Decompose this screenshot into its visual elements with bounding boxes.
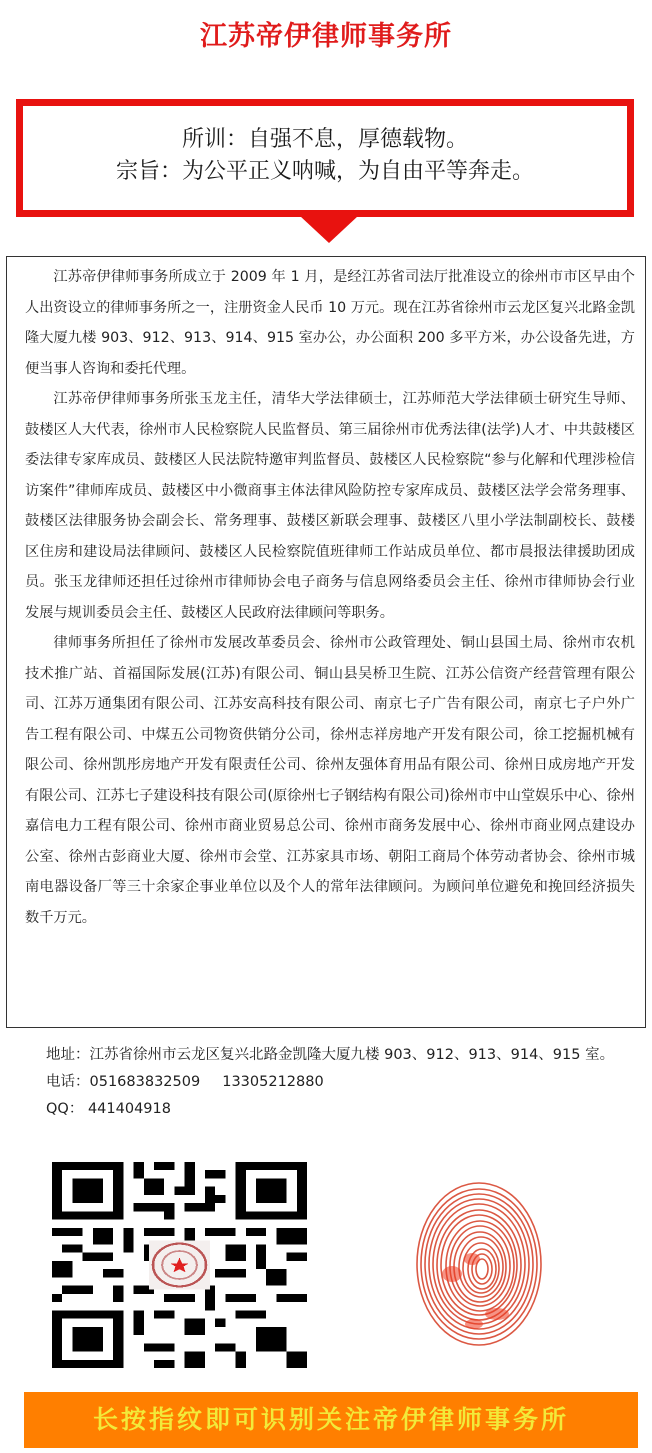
phone-mobile[interactable]: 13305212880 <box>222 1074 323 1090</box>
qq-label: QQ： <box>46 1101 83 1117</box>
motto-line-purpose: 宗旨：为公平正义呐喊，为自由平等奔走。 <box>23 156 627 188</box>
intro-paragraph-founding: 江苏帝伊律师事务所成立于 2009 年 1 月，是经江苏省司法厅批准设立的徐州市… <box>25 262 635 384</box>
contact-info: 地址：江苏省徐州市云龙区复兴北路金凯隆大厦九楼 903、912、913、914、… <box>46 1042 614 1123</box>
address-label: 地址： <box>46 1047 90 1063</box>
page-title: 江苏帝伊律师事务所 <box>0 14 652 53</box>
motto-line-principle: 所训：自强不息，厚德载物。 <box>23 124 627 156</box>
intro-paragraph-clients: 律师事务所担任了徐州市发展改革委员会、徐州市公政管理处、铜山县国土局、徐州市农机… <box>25 628 635 933</box>
follow-banner[interactable]: 长按指纹即可识别关注帝伊律师事务所 <box>24 1392 638 1448</box>
address-row: 地址：江苏省徐州市云龙区复兴北路金凯隆大厦九楼 903、912、913、914、… <box>46 1042 614 1069</box>
follow-banner-text: 长按指纹即可识别关注帝伊律师事务所 <box>93 1405 569 1434</box>
phone-row: 电话：05168383250913305212880 <box>46 1069 614 1096</box>
fingerprint-icon[interactable] <box>412 1174 546 1350</box>
address-value: 江苏省徐州市云龙区复兴北路金凯隆大厦九楼 903、912、913、914、915… <box>90 1047 615 1063</box>
qq-value[interactable]: 441404918 <box>88 1101 171 1117</box>
intro-text-box: 江苏帝伊律师事务所成立于 2009 年 1 月，是经江苏省司法厅批准设立的徐州市… <box>6 256 646 1028</box>
qr-code-icon[interactable] <box>52 1162 307 1368</box>
phone-label: 电话： <box>46 1074 90 1090</box>
motto-box: 所训：自强不息，厚德载物。 宗旨：为公平正义呐喊，为自由平等奔走。 <box>16 99 634 217</box>
down-arrow-icon <box>300 216 358 243</box>
phone-landline[interactable]: 051683832509 <box>90 1074 201 1090</box>
qq-row: QQ： 441404918 <box>46 1096 614 1123</box>
intro-paragraph-director: 江苏帝伊律师事务所张玉龙主任，清华大学法律硕士，江苏师范大学法律硕士研究生导师、… <box>25 384 635 628</box>
